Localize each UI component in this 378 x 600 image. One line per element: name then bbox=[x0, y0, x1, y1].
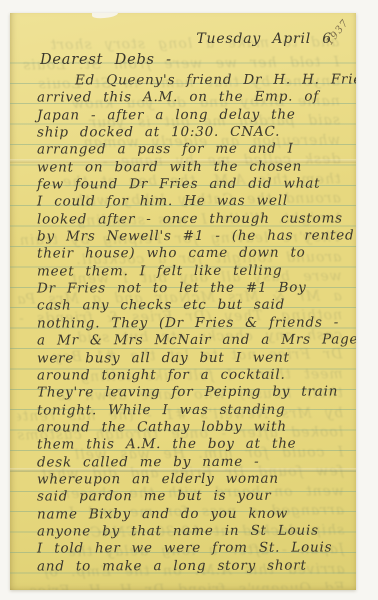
handwritten-line: around the Cathay lobby with bbox=[37, 418, 351, 436]
handwritten-line: around tonight for a cocktail. bbox=[37, 366, 351, 384]
handwritten-line: meet them. I felt like telling bbox=[37, 262, 351, 280]
handwritten-line: their house) who came down to bbox=[37, 245, 351, 263]
handwritten-line: and to make a long story short bbox=[37, 557, 351, 575]
handwritten-line: looked after - once through customs bbox=[37, 210, 351, 228]
date-line: Tuesday April 6 bbox=[10, 31, 332, 47]
handwritten-line: by Mrs Newell's #1 - (he has rented bbox=[37, 228, 351, 246]
handwritten-line: arranged a pass for me and I bbox=[37, 141, 351, 159]
handwritten-line: a Mr & Mrs McNair and a Mrs Page) bbox=[37, 332, 351, 350]
handwritten-line: few found Dr Fries and did what bbox=[37, 176, 351, 194]
handwritten-line: I told her we were from St. Louis bbox=[37, 540, 351, 558]
scan-background: and to make a long story shortI told her… bbox=[0, 0, 378, 600]
handwritten-line: tonight. While I was standing bbox=[37, 401, 351, 419]
handwritten-line: I could for him. He was well bbox=[37, 193, 351, 211]
letter-paper: and to make a long story shortI told her… bbox=[10, 13, 356, 590]
handwritten-line: nothing. They (Dr Fries & friends - bbox=[37, 314, 351, 332]
salutation: Dearest Debs - bbox=[40, 52, 172, 68]
handwritten-line: They're leaving for Peiping by train bbox=[37, 384, 351, 402]
handwritten-line: cash any checks etc but said bbox=[37, 297, 351, 315]
handwritten-line: anyone by that name in St Louis bbox=[37, 522, 351, 540]
handwritten-line: whereupon an elderly woman bbox=[37, 470, 351, 488]
bleedthrough-line: Ed Queeny's friend Dr H. H. Fries bbox=[19, 579, 345, 590]
handwritten-line: Japan - after a long delay the bbox=[37, 106, 351, 124]
handwritten-line: said pardon me but is your bbox=[37, 488, 351, 506]
handwritten-line: arrived this A.M. on the Emp. of bbox=[37, 89, 351, 107]
handwritten-line: desk called me by name - bbox=[37, 453, 351, 471]
handwritten-line: Dr Fries not to let the #1 Boy bbox=[37, 280, 351, 298]
handwritten-line: name Bixby and do you know bbox=[37, 505, 351, 523]
handwritten-line: were busy all day but I went bbox=[37, 349, 351, 367]
handwritten-line: Ed Queeny's friend Dr H. H. Fries bbox=[37, 71, 351, 89]
paper-tear bbox=[92, 13, 118, 19]
handwritten-line: them this A.M. the boy at the bbox=[37, 436, 351, 454]
letter-body: Ed Queeny's friend Dr H. H. Friesarrived… bbox=[37, 72, 351, 575]
handwritten-line: ship docked at 10:30. CNAC. bbox=[37, 123, 351, 141]
handwritten-line: went on board with the chosen bbox=[37, 158, 351, 176]
